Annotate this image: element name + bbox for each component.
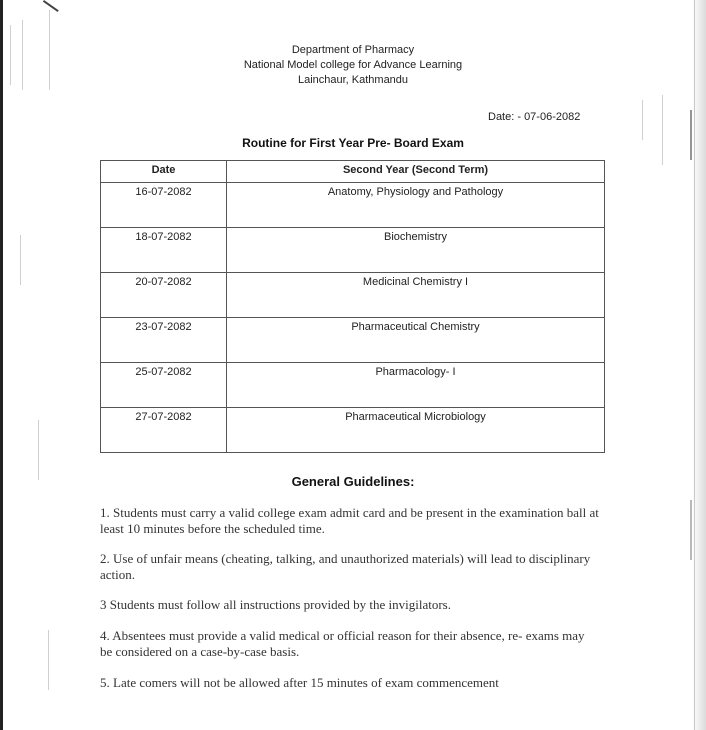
scan-streak xyxy=(38,420,39,480)
exam-subject: Anatomy, Physiology and Pathology xyxy=(227,183,605,228)
table-row: 18-07-2082 Biochemistry xyxy=(101,228,605,273)
scanned-document: Department of Pharmacy National Model co… xyxy=(0,0,706,730)
guideline-item: 3 Students must follow all instructions … xyxy=(100,597,600,613)
notice-date: Date: - 07-06-2082 xyxy=(488,111,580,123)
exam-subject: Medicinal Chemistry I xyxy=(227,273,605,318)
exam-subject: Pharmaceutical Microbiology xyxy=(227,408,605,453)
exam-date: 25-07-2082 xyxy=(101,363,227,408)
exam-date: 18-07-2082 xyxy=(101,228,227,273)
guidelines-title: General Guidelines: xyxy=(0,474,706,489)
scan-shadow xyxy=(692,0,706,730)
exam-date: 23-07-2082 xyxy=(101,318,227,363)
guideline-item: 1. Students must carry a valid college e… xyxy=(100,505,600,537)
table-row: 20-07-2082 Medicinal Chemistry I xyxy=(101,273,605,318)
department-name: Department of Pharmacy xyxy=(0,43,706,58)
exam-date: 27-07-2082 xyxy=(101,408,227,453)
scan-streak xyxy=(20,235,21,285)
column-header-date: Date xyxy=(101,161,227,183)
exam-subject: Pharmacology- I xyxy=(227,363,605,408)
college-name: National Model college for Advance Learn… xyxy=(0,58,706,73)
guideline-item: 2. Use of unfair means (cheating, talkin… xyxy=(100,551,600,583)
scan-edge xyxy=(0,0,3,730)
scan-streak xyxy=(642,100,643,140)
routine-title: Routine for First Year Pre- Board Exam xyxy=(0,136,706,150)
exam-subject: Biochemistry xyxy=(227,228,605,273)
scan-mark xyxy=(43,0,59,12)
exam-date: 20-07-2082 xyxy=(101,273,227,318)
table-row: 27-07-2082 Pharmaceutical Microbiology xyxy=(101,408,605,453)
column-header-subject: Second Year (Second Term) xyxy=(227,161,605,183)
table-header-row: Date Second Year (Second Term) xyxy=(101,161,605,183)
guideline-item: 5. Late comers will not be allowed after… xyxy=(100,675,600,691)
college-address: Lainchaur, Kathmandu xyxy=(0,73,706,88)
exam-subject: Pharmaceutical Chemistry xyxy=(227,318,605,363)
exam-date: 16-07-2082 xyxy=(101,183,227,228)
table-row: 23-07-2082 Pharmaceutical Chemistry xyxy=(101,318,605,363)
table-row: 25-07-2082 Pharmacology- I xyxy=(101,363,605,408)
guideline-item: 4. Absentees must provide a valid medica… xyxy=(100,628,600,660)
routine-table: Date Second Year (Second Term) 16-07-208… xyxy=(100,160,605,453)
table-row: 16-07-2082 Anatomy, Physiology and Patho… xyxy=(101,183,605,228)
scan-streak xyxy=(662,95,663,165)
scan-streak xyxy=(48,630,49,690)
